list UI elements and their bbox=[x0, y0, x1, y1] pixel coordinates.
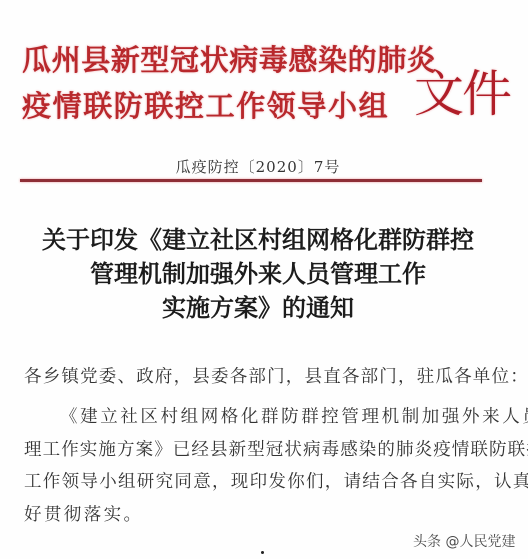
source-watermark: 头条 @人民党建 bbox=[413, 531, 515, 551]
body-paragraph-line: 理工作实施方案》已经县新型冠状病毒感染的肺炎疫情联防联控 bbox=[24, 436, 528, 461]
body-paragraph-line: 工作领导小组研究同意，现印发你们，请结合各自实际，认真抓 bbox=[24, 468, 528, 493]
addressees: 各乡镇党委、政府，县委各部门，县直各部门，驻瓜各单位： bbox=[24, 363, 528, 388]
red-header-rule bbox=[20, 179, 482, 182]
notice-title-line-2: 管理机制加强外来人员管理工作 bbox=[0, 254, 516, 289]
document-type-label: 文件 bbox=[414, 54, 510, 126]
body-paragraph-line: 《建立社区村组网格化群防群控管理机制加强外来人员管 bbox=[60, 403, 528, 428]
notice-title-line-1: 关于印发《建立社区村组网格化群防群控 bbox=[0, 220, 516, 255]
dot-mark bbox=[261, 551, 264, 554]
body-paragraph-line: 好贯彻落实。 bbox=[24, 501, 143, 526]
issuer-line-1: 瓜州县新型冠状病毒感染的肺炎 bbox=[22, 38, 436, 79]
document-number: 瓜疫防控〔2020〕7号 bbox=[0, 156, 516, 177]
notice-title-line-3: 实施方案》的通知 bbox=[0, 288, 516, 323]
issuer-line-2: 疫情联防联控工作领导小组 bbox=[22, 84, 389, 125]
